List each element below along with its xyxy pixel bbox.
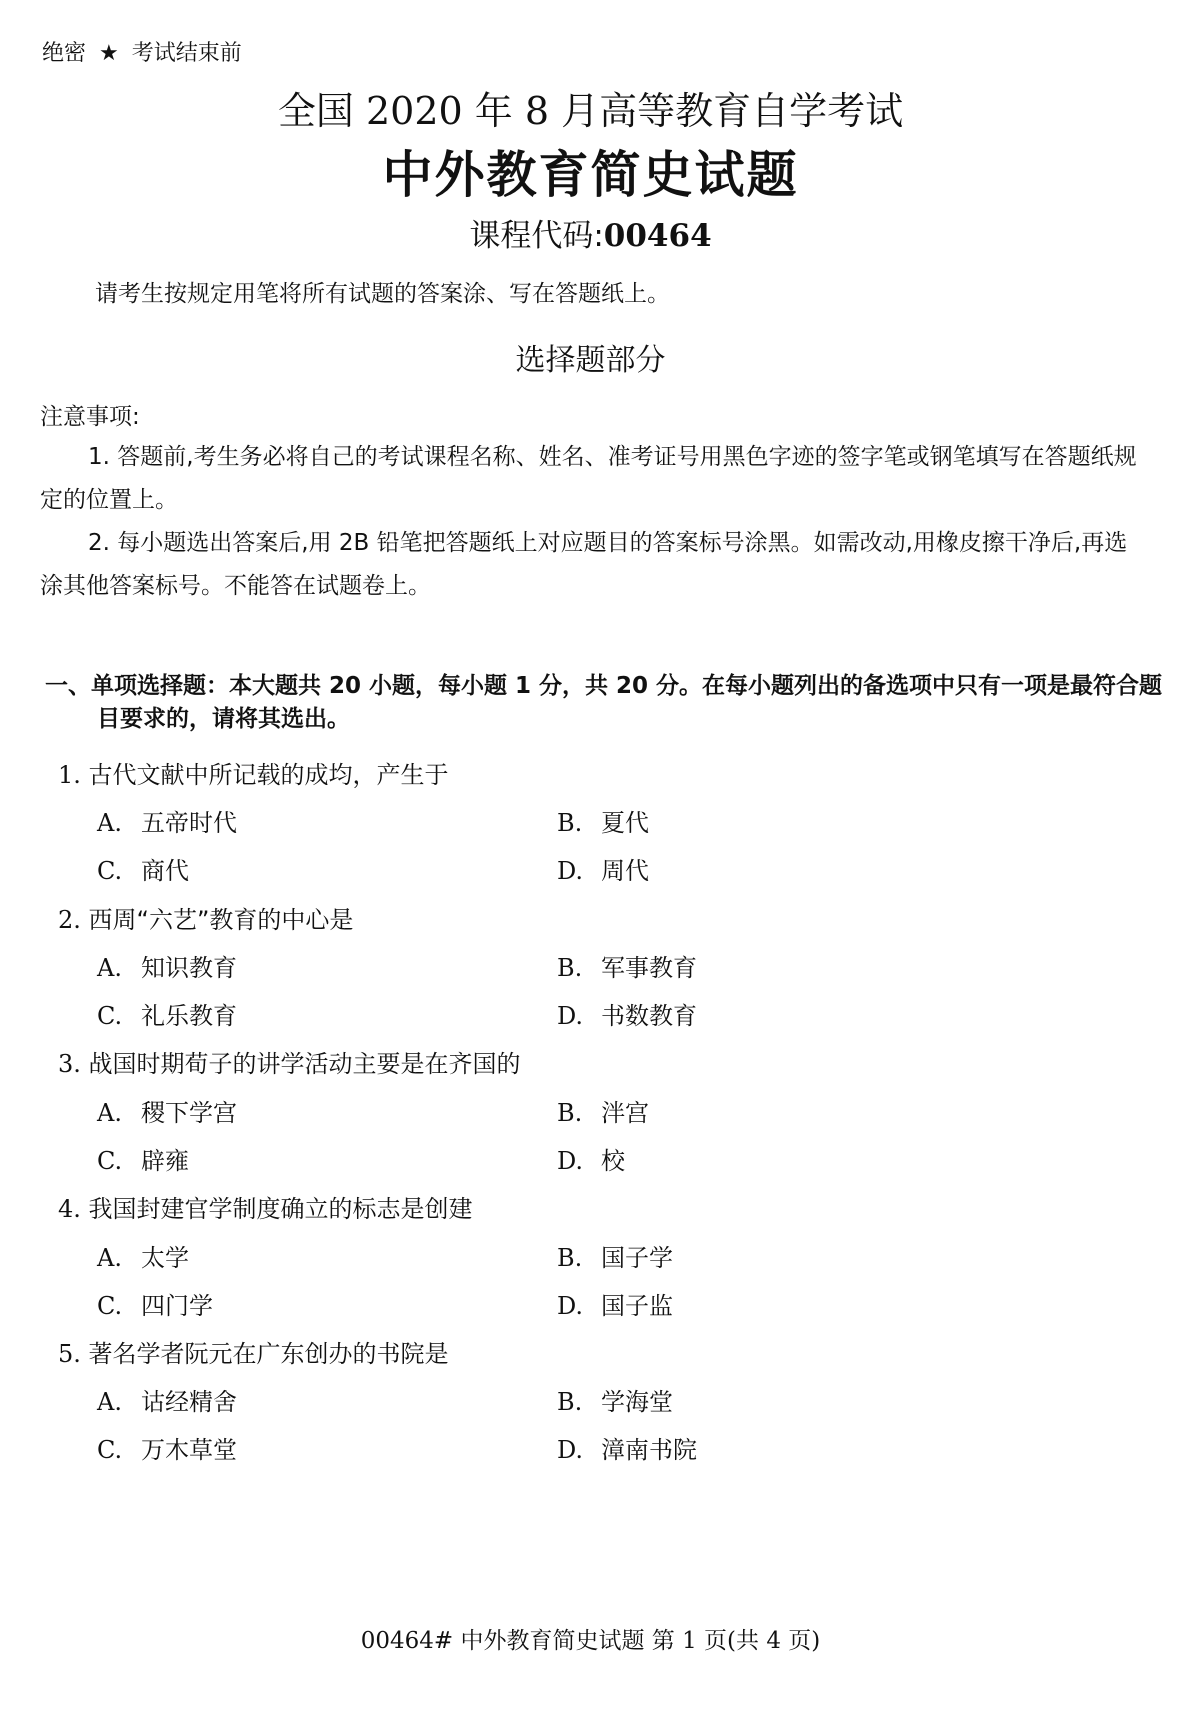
option-letter: D.	[557, 1292, 601, 1320]
option-text: 太学	[141, 1244, 189, 1272]
question-number: 4.	[58, 1195, 81, 1223]
question-text: 著名学者阮元在广东创办的书院是	[89, 1340, 449, 1368]
option-letter: C.	[97, 1002, 141, 1030]
option-letter: B.	[557, 1099, 601, 1127]
question-number: 2.	[58, 906, 81, 934]
option-text: 周代	[601, 857, 649, 885]
secret-text: 绝密	[42, 41, 86, 66]
secret-suffix: 考试结束前	[132, 41, 242, 66]
option-letter: B.	[557, 1244, 601, 1272]
question-number: 1.	[58, 761, 81, 789]
option-letter: A.	[97, 1099, 141, 1127]
option-text: 书数教育	[601, 1002, 697, 1030]
section-part-title: 选择题部分	[0, 335, 1181, 379]
option-text: 诂经精舍	[141, 1388, 237, 1416]
option-letter: B.	[557, 1388, 601, 1416]
option-text: 稷下学宫	[141, 1099, 237, 1127]
option-text: 万木草堂	[141, 1436, 237, 1464]
option-letter: A.	[97, 1388, 141, 1416]
option-letter: C.	[97, 1436, 141, 1464]
option-text: 学海堂	[601, 1388, 673, 1416]
option-a: A.五帝时代	[97, 803, 237, 838]
option-d: D.漳南书院	[557, 1430, 697, 1465]
option-letter: D.	[557, 1436, 601, 1464]
option-text: 国子监	[601, 1292, 673, 1320]
option-c: C.商代	[97, 851, 189, 886]
subject-title: 中外教育简史试题	[0, 135, 1181, 207]
option-text: 校	[601, 1147, 625, 1175]
option-text: 漳南书院	[601, 1436, 697, 1464]
option-text: 国子学	[601, 1244, 673, 1272]
option-text: 四门学	[141, 1292, 213, 1320]
option-c: C.辟雍	[97, 1141, 189, 1176]
option-text: 军事教育	[601, 954, 697, 982]
confidentiality-label: 绝密 ★ 考试结束前	[42, 36, 242, 67]
question-stem: 5. 著名学者阮元在广东创办的书院是	[58, 1334, 449, 1369]
exam-instruction: 请考生按规定用笔将所有试题的答案涂、写在答题纸上。	[95, 275, 670, 308]
option-letter: A.	[97, 954, 141, 982]
option-b: B.学海堂	[557, 1382, 673, 1417]
option-letter: C.	[97, 1292, 141, 1320]
option-d: D.国子监	[557, 1286, 673, 1321]
option-letter: D.	[557, 1147, 601, 1175]
option-text: 夏代	[601, 809, 649, 837]
option-text: 泮宫	[601, 1099, 649, 1127]
option-text: 商代	[141, 857, 189, 885]
option-text: 五帝时代	[141, 809, 237, 837]
option-text: 辟雍	[141, 1147, 189, 1175]
question-text: 战国时期荀子的讲学活动主要是在齐国的	[89, 1050, 521, 1078]
option-a: A.稷下学宫	[97, 1093, 237, 1128]
option-c: C.万木草堂	[97, 1430, 237, 1465]
option-letter: B.	[557, 809, 601, 837]
option-a: A.诂经精舍	[97, 1382, 237, 1417]
section-heading: 一、单项选择题：本大题共 20 小题，每小题 1 分，共 20 分。在每小题列出…	[45, 670, 1177, 736]
note-item: 1. 答题前,考生务必将自己的考试课程名称、姓名、准考证号用黑色字迹的签字笔或钢…	[40, 436, 1150, 522]
question-text: 我国封建官学制度确立的标志是创建	[89, 1195, 473, 1223]
option-c: C.四门学	[97, 1286, 213, 1321]
question-number: 3.	[58, 1050, 81, 1078]
option-a: A.知识教育	[97, 948, 237, 983]
option-b: B.夏代	[557, 803, 649, 838]
option-b: B.国子学	[557, 1238, 673, 1273]
option-letter: A.	[97, 1244, 141, 1272]
option-b: B.军事教育	[557, 948, 697, 983]
question-text: 西周“六艺”教育的中心是	[89, 906, 354, 934]
option-a: A.太学	[97, 1238, 189, 1273]
option-d: D.校	[557, 1141, 625, 1176]
question-stem: 1. 古代文献中所记载的成均，产生于	[58, 755, 449, 790]
option-text: 知识教育	[141, 954, 237, 982]
question-stem: 3. 战国时期荀子的讲学活动主要是在齐国的	[58, 1044, 521, 1079]
option-text: 礼乐教育	[141, 1002, 237, 1030]
star-icon: ★	[99, 41, 119, 66]
option-letter: C.	[97, 1147, 141, 1175]
note-item: 2. 每小题选出答案后,用 2B 铅笔把答题纸上对应题目的答案标号涂黑。如需改动…	[40, 522, 1150, 608]
option-letter: B.	[557, 954, 601, 982]
option-letter: D.	[557, 857, 601, 885]
course-code-value: 00464	[604, 218, 712, 254]
option-d: D.书数教育	[557, 996, 697, 1031]
page-footer: 00464# 中外教育简史试题 第 1 页(共 4 页)	[0, 1622, 1181, 1655]
option-letter: D.	[557, 1002, 601, 1030]
option-c: C.礼乐教育	[97, 996, 237, 1031]
option-letter: A.	[97, 809, 141, 837]
question-stem: 2. 西周“六艺”教育的中心是	[58, 900, 353, 935]
question-text: 古代文献中所记载的成均，产生于	[89, 761, 449, 789]
course-code: 课程代码:00464	[0, 210, 1181, 255]
question-stem: 4. 我国封建官学制度确立的标志是创建	[58, 1189, 473, 1224]
notes-title: 注意事项:	[40, 398, 140, 431]
option-letter: C.	[97, 857, 141, 885]
exam-title: 全国 2020 年 8 月高等教育自学考试	[0, 80, 1181, 135]
question-number: 5.	[58, 1340, 81, 1368]
option-b: B.泮宫	[557, 1093, 649, 1128]
option-d: D.周代	[557, 851, 649, 886]
course-code-label: 课程代码:	[469, 218, 603, 254]
